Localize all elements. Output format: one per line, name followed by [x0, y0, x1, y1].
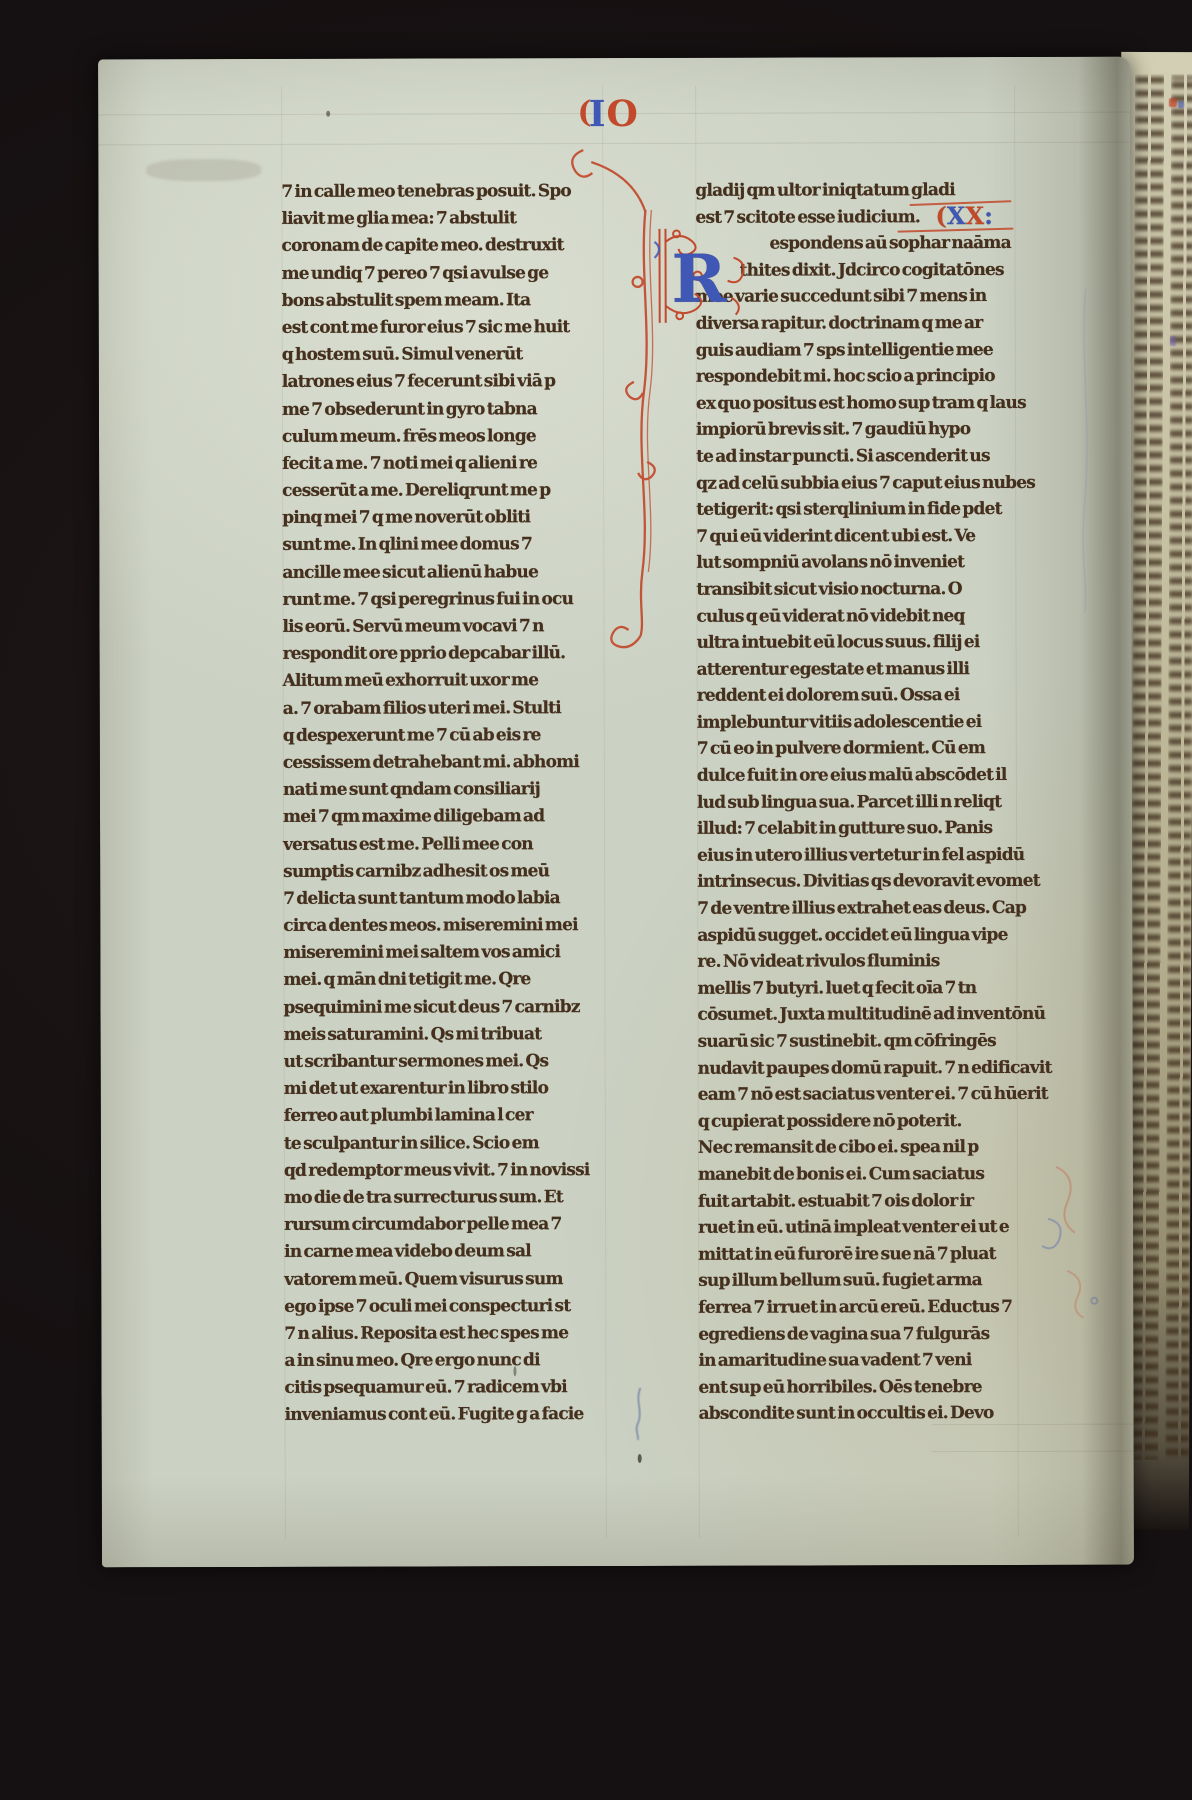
running-header-letter: O: [606, 93, 638, 135]
text-line: intrinsecus. Divitias qs devoravit evome…: [697, 868, 1023, 895]
text-line: ferreo aut plumbi lamina l cer: [284, 1102, 610, 1130]
ink-speck: [638, 1454, 642, 1463]
text-line: citis psequamur eū. 7 radicem vbi: [284, 1374, 610, 1402]
text-line: implebuntur vitiis adolescentie ei: [697, 709, 1023, 736]
faded-marginal-inscription: [146, 159, 261, 181]
text-line: vatorem meū. Quem visurus sum: [284, 1266, 610, 1294]
running-header-letter: I: [589, 93, 607, 135]
text-line: sup illum bellum suū. fugiet arma: [698, 1267, 1024, 1294]
text-line: a in sinu meo. Qre ergo nunc di: [284, 1347, 610, 1375]
text-line: nudavit paupes domū rapuit. 7 n edificav…: [698, 1055, 1024, 1082]
blurred-text-band: [1129, 74, 1165, 1460]
text-line: egrediens de vagina sua 7 fulgurās: [698, 1320, 1024, 1347]
text-line: q despexerunt me 7 cū ab eis re: [283, 722, 609, 750]
text-line: lud sub lingua sua. Parcet illi n reliqt: [697, 789, 1023, 816]
text-line: 7 delicta sunt tantum modo labia: [283, 885, 609, 913]
text-line: ego ipse 7 oculi mei conspecturi st: [284, 1293, 610, 1321]
page-edge-shading: [1078, 57, 1134, 1565]
text-line: nati me sunt qndam consiliarij: [283, 776, 609, 804]
text-line: lut sompniū avolans nō inveniet: [696, 549, 1022, 576]
text-line: ent sup eū horribiles. Oēs tenebre: [698, 1374, 1024, 1401]
text-line: fuit artabit. estuabit 7 ois dolor ir: [698, 1187, 1024, 1214]
text-line: rursum circumdabor pelle mea 7: [284, 1211, 610, 1239]
text-line: circa dentes meos. miseremini mei: [283, 912, 609, 940]
text-line: miseremini mei saltem vos amici: [283, 939, 609, 967]
text-line: reddent ei dolorem suū. Ossa ei: [697, 682, 1023, 709]
ink-speck: [513, 1366, 516, 1376]
text-line: ut scribantur sermones mei. Qs: [284, 1048, 610, 1076]
penwork-extension: [553, 130, 704, 670]
text-line: mei. q mān dni tetigit me. Qre: [283, 966, 609, 994]
text-column-right: gladij qm ultor iniqtatum gladiest 7 sci…: [695, 177, 1024, 1428]
text-line: dulce fuit in ore eius malū abscōdet il: [697, 762, 1023, 789]
running-header: (IO: [92, 95, 1124, 134]
text-line: meis saturamini. Qs mi tribuat: [284, 1021, 610, 1049]
text-line: qd redemptor meus vivit. 7 in novissi: [284, 1157, 610, 1185]
text-line: in carne mea videbo deum sal: [284, 1238, 610, 1266]
text-line: cōsumet. Juxta multitudinē ad inventōnū: [697, 1001, 1023, 1028]
red-rubric-speck: [1169, 98, 1177, 107]
text-line: eam 7 nō est saciatus venter ei. 7 cū hū…: [698, 1081, 1024, 1108]
chapter-numeral: X: [947, 201, 966, 230]
text-line: psequimini me sicut deus 7 carnibz: [283, 994, 609, 1022]
column-lines: gladij qm ultor iniqtatum gladiest 7 sci…: [695, 177, 1024, 1428]
text-line: tetigerit: qsi sterqlinium in fide pdet: [696, 496, 1022, 523]
text-line: mi det ut exarentur in libro stilo: [284, 1075, 610, 1103]
text-line: a. 7 orabam filios uteri mei. Stulti: [283, 695, 609, 723]
text-line: te sculpantur in silice. Scio em: [284, 1130, 610, 1158]
text-line: atterentur egestate et manus illi: [697, 656, 1023, 683]
text-line: qz ad celū subbia eius 7 caput eius nube…: [696, 469, 1022, 496]
text-line: abscondite sunt in occultis ei. Devo: [699, 1400, 1025, 1427]
text-line: 7 n alius. Reposita est hec spes me: [284, 1320, 610, 1348]
text-line: respondebit mi. hoc scio a principio: [696, 363, 1022, 390]
text-line: mellis 7 butyri. luet q fecit oīa 7 tn: [697, 975, 1023, 1002]
text-line: q cupierat possidere nō poterit.: [698, 1108, 1024, 1135]
text-line: manebit de bonis ei. Cum saciatus: [698, 1161, 1024, 1188]
text-line: guis audiam 7 sps intelligentie mee: [696, 336, 1022, 363]
chapter-numeral: X: [965, 201, 984, 230]
text-line: impiorū brevis sit. 7 gaudiū hypo: [696, 416, 1022, 443]
text-line: ex quo positus est homo sup tram q laus: [696, 390, 1022, 417]
blurred-text-band: [1165, 74, 1192, 1460]
chapter-colon: :: [984, 201, 993, 230]
text-line: Alitum meū exhorruit uxor me: [283, 667, 609, 695]
text-line: ultra intuebit eū locus suus. filij ei: [697, 629, 1023, 656]
text-line: 7 qui eū viderint dicent ubi est. Ve: [696, 523, 1022, 550]
chapter-number: (XX:: [935, 203, 993, 229]
text-line: in amaritudine sua vadent 7 veni: [698, 1347, 1024, 1374]
text-line: Nec remansit de cibo ei. spea nil p: [698, 1134, 1024, 1161]
blue-ink-mark: [632, 1386, 646, 1442]
text-line: inveniamus cont eū. Fugite g a facie: [285, 1401, 611, 1429]
blue-rubric-speck: [1178, 101, 1184, 108]
text-line: suarū sic 7 sustinebit. qm cōfringēs: [698, 1028, 1024, 1055]
text-line: cessissem detrahebant mi. abhomi: [283, 749, 609, 777]
manuscript-page: (IO 7 in calle meo tenebras posuit. Spol…: [98, 57, 1134, 1568]
text-line: transibit sicut visio nocturna. O: [696, 576, 1022, 603]
manuscript-photo: (IO 7 in calle meo tenebras posuit. Spol…: [0, 0, 1192, 1800]
blue-rubric-speck: [1170, 336, 1176, 346]
text-line: culus q eū viderat nō videbit neq: [696, 602, 1022, 629]
text-line: 7 de ventre illius extrahet eas deus. Ca…: [697, 895, 1023, 922]
text-line: ruet in eū. utinā impleat venter ei ut e: [698, 1214, 1024, 1241]
text-line: sumptis carnibz adhesit os meū: [283, 858, 609, 886]
text-line: 7 cū eo in pulvere dormient. Cū em: [697, 735, 1023, 762]
text-line: mo die de tra surrecturus sum. Et: [284, 1184, 610, 1212]
text-line: eius in utero illius vertetur in fel asp…: [697, 842, 1023, 869]
text-line: te ad instar puncti. Si ascenderit us: [696, 443, 1022, 470]
text-line: aspidū sugget. occidet eū lingua vipe: [697, 922, 1023, 949]
text-line: re. Nō videat rivulos fluminis: [697, 948, 1023, 975]
text-line: ferrea 7 irruet in arcū ereū. Eductus 7: [698, 1294, 1024, 1321]
text-line: mittat in eū furorē ire sue nā 7 pluat: [698, 1241, 1024, 1268]
text-line: mei 7 qm maxime diligebam ad: [283, 803, 609, 831]
text-line: illud: 7 celabit in gutture suo. Panis: [697, 815, 1023, 842]
text-line: versatus est me. Pelli mee con: [283, 831, 609, 859]
chapter-pilcrow: (: [935, 201, 946, 230]
